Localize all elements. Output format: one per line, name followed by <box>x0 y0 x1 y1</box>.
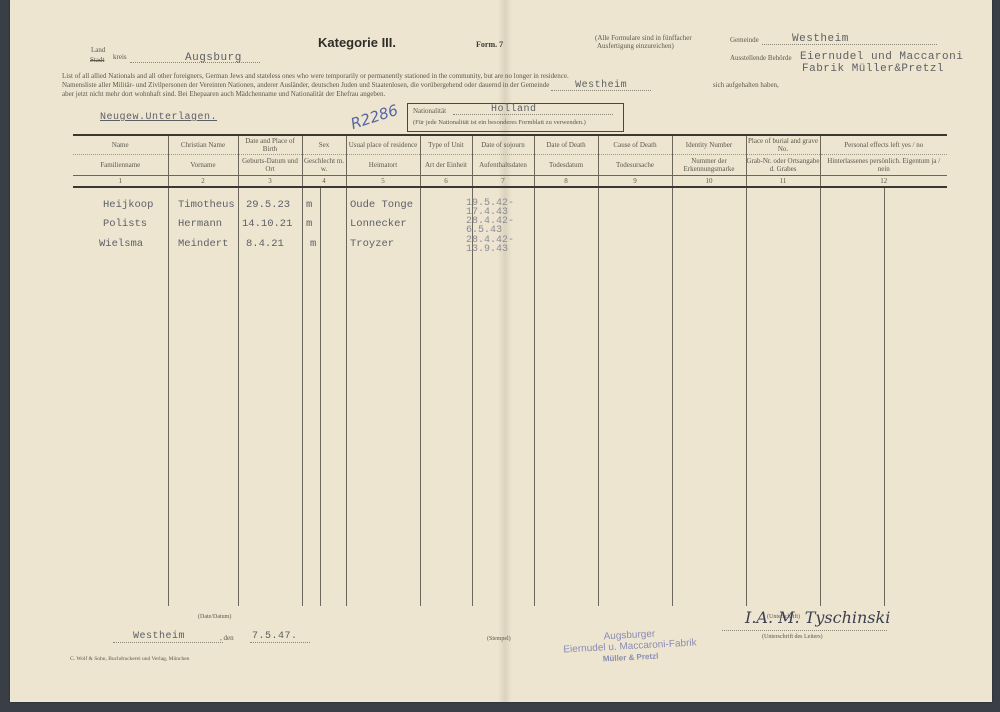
column-divider <box>598 188 599 606</box>
cell-name: Heijkoop <box>103 199 153 211</box>
col-header-de: Hinterlassenes persönlich. Eigentum ja /… <box>820 155 947 176</box>
place-dotline <box>113 642 223 643</box>
header-row-german: Familienname Vorname Geburts-Datum und O… <box>73 155 947 176</box>
col-header-en: Date of sojourn <box>472 135 534 155</box>
intro-english: List of all allied Nationals and all oth… <box>62 72 932 81</box>
land-label: Land <box>91 46 105 55</box>
col-header-en: Date and Place of Birth <box>238 135 302 155</box>
nationality-value: Holland <box>491 104 537 115</box>
column-divider <box>820 188 821 606</box>
nationality-box: Nationalität Holland (Für jede Nationali… <box>407 103 624 132</box>
cell-sojourn: 19.5.42- 17.4.43 <box>466 199 514 217</box>
col-header-de: Art der Einheit <box>420 155 472 176</box>
cell-birth: 14.10.21 <box>242 218 292 230</box>
footer-date: 7.5.47. <box>252 631 298 642</box>
col-header-en: Place of burial and grave No. <box>746 135 820 155</box>
cell-sex: m <box>306 199 312 211</box>
gemeinde-label: Gemeinde <box>730 36 759 45</box>
col-number: 2 <box>168 176 238 188</box>
kreis-value: Augsburg <box>185 52 242 64</box>
col-number: 3 <box>238 176 302 188</box>
intro-german-end: sich aufgehalten haben, <box>713 81 779 89</box>
col-header-de: Grab-Nr. oder Ortsangabe d. Grabes <box>746 155 820 176</box>
form-number: Form. 7 <box>476 40 503 49</box>
cell-vorname: Meindert <box>178 238 228 250</box>
signature: I.A. M. Tyschinski <box>745 608 890 627</box>
gemeinde-value: Westheim <box>792 33 849 45</box>
cell-birth: 29.5.23 <box>246 199 290 211</box>
footer-place: Westheim <box>133 631 185 642</box>
stempel-label: (Stempel) <box>487 635 511 644</box>
col-header-de: Geschlecht m. w. <box>302 155 346 176</box>
column-divider <box>238 188 239 606</box>
col-header-de: Todesdatum <box>534 155 598 176</box>
cell-birth: 8.4.21 <box>246 238 284 250</box>
col-header-de: Geburts-Datum und Ort <box>238 155 302 176</box>
col-number: 9 <box>598 176 672 188</box>
sojourn-to: 13.9.43 <box>466 245 514 254</box>
col-header-en: Identity Number <box>672 135 746 155</box>
signature-dotline <box>722 630 887 631</box>
col-header-de: Heimatort <box>346 155 420 176</box>
col-number: 8 <box>534 176 598 188</box>
signature-label-bottom: (Unterschrift des Leiters) <box>762 633 823 642</box>
column-divider <box>672 188 673 606</box>
col-header-en: Personal effects left yes / no <box>820 135 947 155</box>
cell-sojourn: 28.4.42- 13.9.43 <box>466 236 514 254</box>
document-title: Kategorie III. <box>318 35 396 50</box>
cell-residence: Oude Tonge <box>350 199 413 211</box>
col-header-en: Sex <box>302 135 346 155</box>
cell-vorname: Hermann <box>178 218 222 230</box>
company-stamp: Augsburger Eiernudel u. Maccaroni-Fabrik… <box>549 626 711 667</box>
col-header-de: Vorname <box>168 155 238 176</box>
stadt-label-struck: Stadt <box>90 56 104 65</box>
column-divider <box>168 188 169 606</box>
column-divider <box>534 188 535 606</box>
intro-german-line3: aber jetzt nicht mehr dort wohnhaft sind… <box>62 90 385 99</box>
column-divider <box>346 188 347 606</box>
register-table-header: Name Christian Name Date and Place of Bi… <box>73 134 947 188</box>
col-number: 11 <box>746 176 820 188</box>
col-header-en: Usual place of residence <box>346 135 420 155</box>
col-header-en: Name <box>73 135 168 155</box>
cell-sex: m <box>306 218 312 230</box>
col-header-de: Familienname <box>73 155 168 176</box>
behoerde-value-1: Eiernudel und Maccaroni <box>800 51 963 63</box>
behoerde-label: Ausstellende Behörde <box>730 54 792 63</box>
cell-name: Wielsma <box>99 238 143 250</box>
nationality-label: Nationalität <box>413 107 446 116</box>
col-number: 6 <box>420 176 472 188</box>
header-row-numbers: 1 2 3 4 5 6 7 8 9 10 11 12 <box>73 176 947 188</box>
cell-sojourn: 28.4.42- 6.5.43 <box>466 217 514 235</box>
sojourn-to: 6.5.43 <box>466 226 514 235</box>
column-divider <box>320 188 321 606</box>
col-number: 12 <box>820 176 947 188</box>
document-page: Land Stadt kreis Augsburg Kategorie III.… <box>10 0 992 702</box>
date-label: (Date/Datum) <box>198 613 231 622</box>
col-header-en: Type of Unit <box>420 135 472 155</box>
col-number: 10 <box>672 176 746 188</box>
cell-sex: m <box>310 238 316 250</box>
intro-location-dotline: Westheim <box>551 81 651 91</box>
col-number: 4 <box>302 176 346 188</box>
column-divider <box>420 188 421 606</box>
gemeinde-dotline <box>762 44 937 45</box>
col-header-de: Nummer der Erkennungsmarke <box>672 155 746 176</box>
col-header-en: Christian Name <box>168 135 238 155</box>
col-header-en: Date of Death <box>534 135 598 155</box>
col-number: 7 <box>472 176 534 188</box>
header-row-english: Name Christian Name Date and Place of Bi… <box>73 135 947 155</box>
col-header-de: Todesursache <box>598 155 672 176</box>
printer-imprint: C. Wolf & Sohn, Buchdruckerei und Verlag… <box>70 655 189 664</box>
typed-note: Neugew.Unterlagen. <box>100 112 217 123</box>
den-label: , den <box>220 634 234 643</box>
date-dotline <box>250 642 310 643</box>
col-number: 1 <box>73 176 168 188</box>
column-divider <box>884 188 885 606</box>
cell-residence: Lonnecker <box>350 218 407 230</box>
kreis-label: kreis <box>113 53 127 62</box>
cell-residence: Troyzer <box>350 238 394 250</box>
intro-location-value: Westheim <box>575 80 627 91</box>
col-number: 5 <box>346 176 420 188</box>
submission-note-2: Ausfertigung einzureichen) <box>597 42 674 51</box>
col-header-de: Aufenthaltsdaten <box>472 155 534 176</box>
column-divider <box>302 188 303 606</box>
column-divider <box>746 188 747 606</box>
col-header-en: Cause of Death <box>598 135 672 155</box>
pencil-reference-mark: R2286 <box>348 101 400 133</box>
cell-vorname: Timotheus <box>178 199 235 211</box>
nationality-note: (Für jede Nationalität ist ein besondere… <box>413 118 586 127</box>
intro-german-text: Namensliste aller Militär- und Zivilpers… <box>62 81 549 89</box>
cell-name: Polists <box>103 218 147 230</box>
